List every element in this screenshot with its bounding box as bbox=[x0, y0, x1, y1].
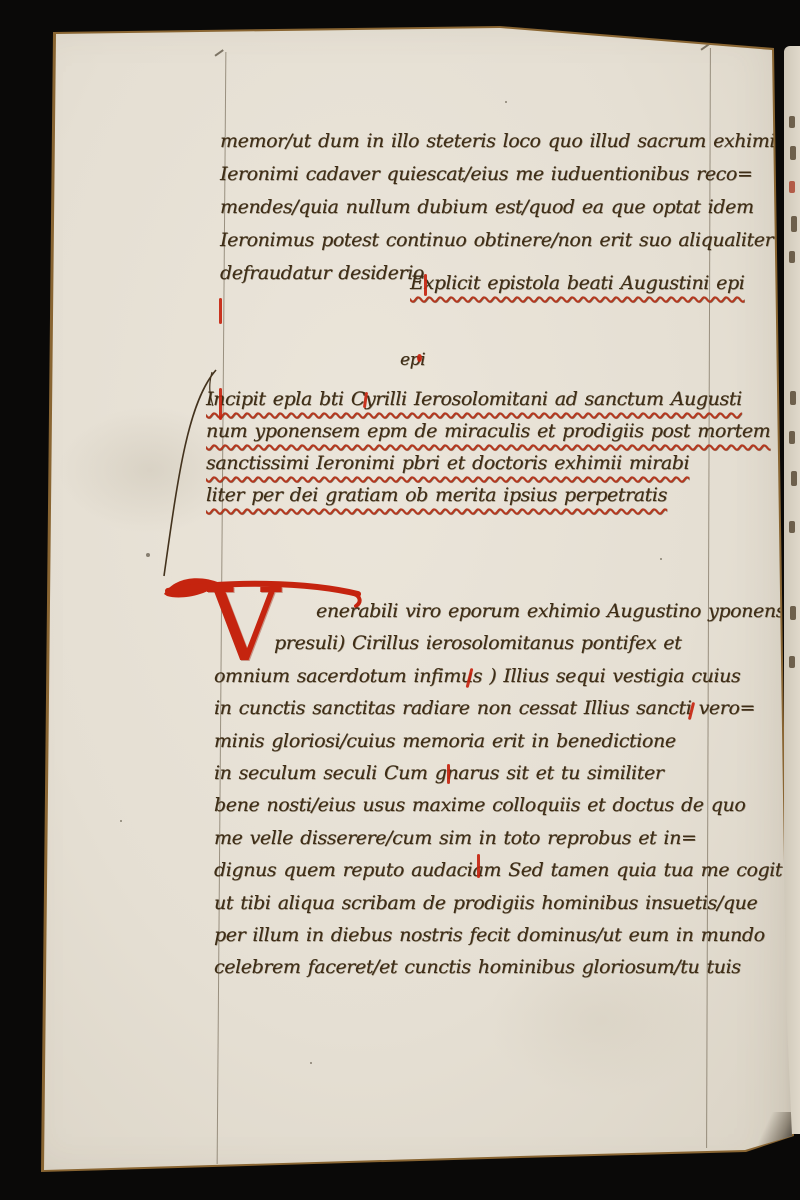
text-line: omnium sacerdotum infimus ) Illius sequi… bbox=[214, 665, 800, 697]
parchment-speck bbox=[660, 558, 662, 560]
text-line: memor/ut dum in illo steteris loco quo i… bbox=[220, 130, 781, 163]
parchment-speck bbox=[505, 101, 507, 103]
rubric-line: sanctissimi Ieronimi pbri et doctoris ex… bbox=[206, 452, 770, 484]
adjacent-page-text-fragment bbox=[791, 471, 797, 486]
adjacent-page-text-fragment bbox=[789, 251, 795, 263]
red-accent-mark bbox=[219, 388, 222, 420]
text-line: minis gloriosi/cuius memoria erit in ben… bbox=[214, 730, 800, 762]
explicit-rubric: Explicit epistola beati Augustini epi bbox=[410, 272, 744, 294]
adjacent-page-text-fragment bbox=[789, 431, 795, 444]
page-corner-fold-shadow bbox=[735, 1112, 797, 1156]
text-line: Ieronimi cadaver quiescat/eius me iuduen… bbox=[220, 163, 781, 196]
text-line: ut tibi aliqua scribam de prodigiis homi… bbox=[214, 892, 800, 924]
adjacent-page-text-fragment bbox=[789, 656, 795, 668]
parchment-speck bbox=[310, 1062, 312, 1064]
text-line: per illum in diebus nostris fecit dominu… bbox=[214, 924, 800, 956]
red-accent-mark bbox=[477, 854, 480, 878]
text-line: bene nosti/eius usus maxime colloquiis e… bbox=[214, 794, 800, 826]
text-line: enerabili viro eporum exhimio Augustino … bbox=[214, 600, 800, 632]
red-accent-mark bbox=[424, 274, 427, 296]
photographed-manuscript: memor/ut dum in illo steteris loco quo i… bbox=[0, 0, 800, 1200]
adjacent-page-text-fragment bbox=[790, 146, 796, 160]
ruling-prick-mark bbox=[214, 49, 223, 56]
adjacent-page-text-fragment bbox=[789, 181, 795, 193]
text-line: presuli) Cirillus ierosolomitanus pontif… bbox=[214, 632, 800, 664]
adjacent-page-text-fragment bbox=[791, 216, 797, 232]
text-line: celebrem faceret/et cunctis hominibus gl… bbox=[214, 956, 800, 988]
adjacent-page-text-fragment bbox=[789, 116, 795, 128]
red-accent-mark bbox=[417, 354, 422, 362]
main-text: enerabili viro eporum exhimio Augustino … bbox=[214, 600, 800, 989]
text-line: Ieronimus potest continuo obtinere/non e… bbox=[220, 229, 781, 262]
text-line: me velle disserere/cum sim in toto repro… bbox=[214, 827, 800, 859]
red-accent-mark bbox=[219, 298, 222, 324]
rubric-line: num yponensem epm de miraculis et prodig… bbox=[206, 420, 770, 452]
adjacent-page-sliver bbox=[784, 46, 800, 1134]
adjacent-page-text-fragment bbox=[789, 521, 795, 533]
text-line: in seculum seculi Cum gnarus sit et tu s… bbox=[214, 762, 800, 794]
adjacent-page-text-fragment bbox=[790, 606, 796, 620]
manuscript-page: memor/ut dum in illo steteris loco quo i… bbox=[0, 0, 800, 1200]
text-line: dignus quem reputo audaciam Sed tamen qu… bbox=[214, 859, 800, 891]
text-line: mendes/quia nullum dubium est/quod ea qu… bbox=[220, 196, 781, 229]
red-accent-mark bbox=[447, 764, 450, 784]
closing-paragraph: memor/ut dum in illo steteris loco quo i… bbox=[220, 130, 781, 295]
adjacent-page-text-fragment bbox=[790, 391, 796, 405]
rubric-line: Incipit epla bti Cyrilli Ierosolomitani … bbox=[206, 388, 770, 420]
incipit-rubric: Incipit epla bti Cyrilli Ierosolomitani … bbox=[206, 388, 770, 516]
rubric-line: liter per dei gratiam ob merita ipsius p… bbox=[206, 484, 770, 516]
parchment-speck bbox=[120, 820, 122, 822]
text-line: in cunctis sanctitas radiare non cessat … bbox=[214, 697, 800, 729]
